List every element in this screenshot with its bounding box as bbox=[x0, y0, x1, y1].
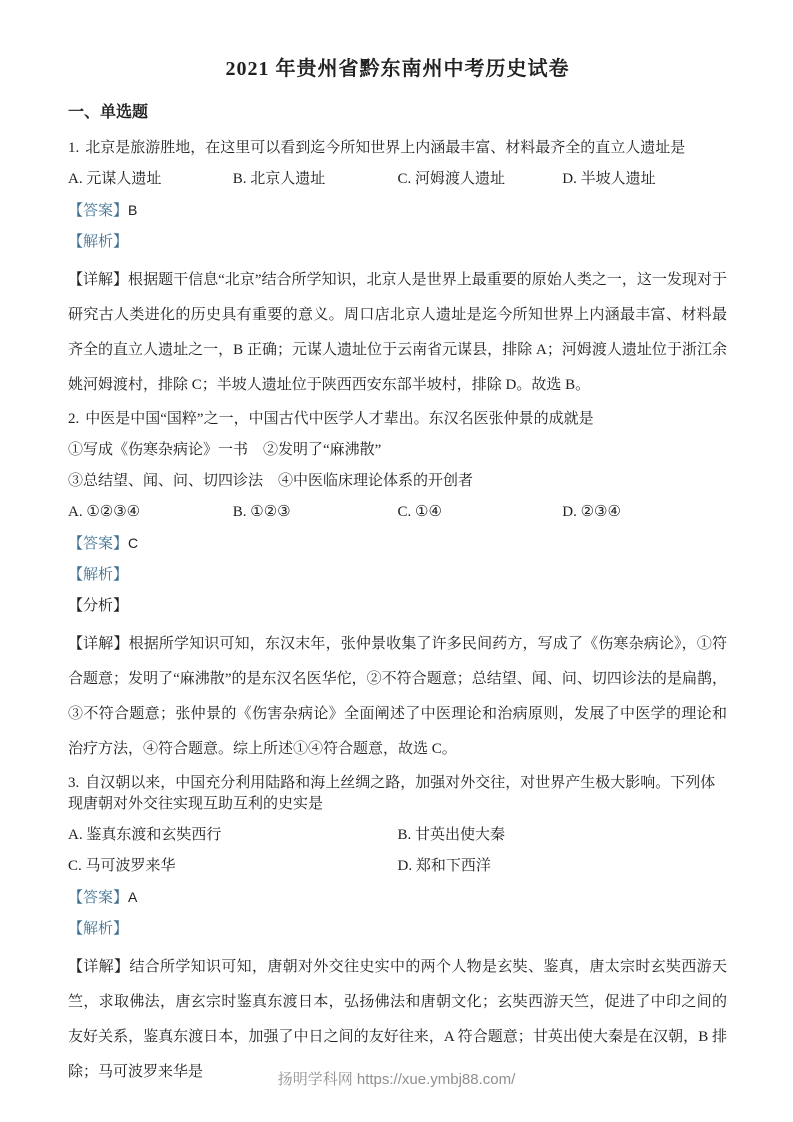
option-b: B. 北京人遗址 bbox=[233, 169, 398, 190]
watermark-footer: 扬明学科网 https://xue.ymbj88.com/ bbox=[0, 1070, 793, 1090]
question-stem-text: 中医是中国“国粹”之一，中国古代中医学人才辈出。东汉名医张仲景的成就是 bbox=[85, 411, 593, 427]
question-2-jiexi-line: 【解析】 bbox=[68, 565, 727, 586]
option-d: D. 郑和下西洋 bbox=[398, 856, 728, 877]
option-c: C. 河姆渡人遗址 bbox=[398, 169, 563, 190]
question-number: 2. bbox=[68, 411, 79, 427]
option-b: B. ①②③ bbox=[233, 502, 398, 523]
option-a: A. 元谋人遗址 bbox=[68, 169, 233, 190]
question-3-answer-line: 【答案】A bbox=[68, 887, 727, 909]
option-a: A. ①②③④ bbox=[68, 502, 233, 523]
answer-value: C bbox=[128, 535, 138, 551]
page-title: 2021 年贵州省黔东南州中考历史试卷 bbox=[68, 56, 727, 82]
exam-document-page: 2021 年贵州省黔东南州中考历史试卷 一、单选题 1.北京是旅游胜地，在这里可… bbox=[0, 0, 793, 1122]
option-d: D. 半坡人遗址 bbox=[562, 169, 727, 190]
option-c: C. ①④ bbox=[398, 502, 563, 523]
option-b: B. 甘英出使大秦 bbox=[398, 825, 728, 846]
jiexi-label: 【解析】 bbox=[68, 567, 128, 583]
question-3: 3.自汉朝以来，中国充分利用陆路和海上丝绸之路，加强对外交往，对世界产生极大影响… bbox=[68, 773, 727, 1090]
question-3-detail: 【详解】结合所学知识可知，唐朝对外交往史实中的两个人物是玄奘、鉴真，唐太宗时玄奘… bbox=[68, 950, 727, 1090]
question-2: 2.中医是中国“国粹”之一，中国古代中医学人才辈出。东汉名医张仲景的成就是 ①写… bbox=[68, 409, 727, 767]
question-1-detail: 【详解】根据题干信息“北京”结合所学知识，北京人是世界上最重要的原始人类之一，这… bbox=[68, 263, 727, 403]
question-2-subline-2: ③总结望、闻、问、切四诊法 ④中医临床理论体系的开创者 bbox=[68, 471, 727, 492]
question-3-stem: 3.自汉朝以来，中国充分利用陆路和海上丝绸之路，加强对外交往，对世界产生极大影响… bbox=[68, 773, 727, 815]
question-1-jiexi-line: 【解析】 bbox=[68, 232, 727, 253]
section-heading-single-choice: 一、单选题 bbox=[68, 102, 727, 124]
answer-label: 【答案】 bbox=[68, 203, 128, 219]
question-2-detail: 【详解】根据所学知识可知，东汉末年，张仲景收集了许多民间药方，写成了《伤寒杂病论… bbox=[68, 627, 727, 767]
answer-value: A bbox=[128, 889, 137, 905]
question-3-options: A. 鉴真东渡和玄奘西行 B. 甘英出使大秦 C. 马可波罗来华 D. 郑和下西… bbox=[68, 825, 727, 877]
question-stem-text: 北京是旅游胜地，在这里可以看到迄今所知世界上内涵最丰富、材料最齐全的直立人遗址是 bbox=[85, 140, 685, 156]
option-d: D. ②③④ bbox=[562, 502, 727, 523]
jiexi-label: 【解析】 bbox=[68, 921, 128, 937]
question-1-stem: 1.北京是旅游胜地，在这里可以看到迄今所知世界上内涵最丰富、材料最齐全的直立人遗… bbox=[68, 138, 727, 159]
answer-label: 【答案】 bbox=[68, 536, 128, 552]
question-number: 1. bbox=[68, 140, 79, 156]
question-2-options: A. ①②③④ B. ①②③ C. ①④ D. ②③④ bbox=[68, 502, 727, 523]
option-a: A. 鉴真东渡和玄奘西行 bbox=[68, 825, 398, 846]
question-3-jiexi-line: 【解析】 bbox=[68, 919, 727, 940]
question-1: 1.北京是旅游胜地，在这里可以看到迄今所知世界上内涵最丰富、材料最齐全的直立人遗… bbox=[68, 138, 727, 403]
option-c: C. 马可波罗来华 bbox=[68, 856, 398, 877]
question-stem-text: 自汉朝以来，中国充分利用陆路和海上丝绸之路，加强对外交往，对世界产生极大影响。下… bbox=[68, 775, 715, 812]
question-2-answer-line: 【答案】C bbox=[68, 533, 727, 555]
fenxi-label: 【分析】 bbox=[68, 598, 128, 614]
answer-label: 【答案】 bbox=[68, 890, 128, 906]
question-2-stem: 2.中医是中国“国粹”之一，中国古代中医学人才辈出。东汉名医张仲景的成就是 bbox=[68, 409, 727, 430]
question-2-fenxi-line: 【分析】 bbox=[68, 596, 727, 617]
question-1-options: A. 元谋人遗址 B. 北京人遗址 C. 河姆渡人遗址 D. 半坡人遗址 bbox=[68, 169, 727, 190]
question-number: 3. bbox=[68, 775, 79, 791]
question-1-answer-line: 【答案】B bbox=[68, 200, 727, 222]
question-2-subline-1: ①写成《伤寒杂病论》一书 ②发明了“麻沸散” bbox=[68, 440, 727, 461]
jiexi-label: 【解析】 bbox=[68, 234, 128, 250]
answer-value: B bbox=[128, 202, 137, 218]
